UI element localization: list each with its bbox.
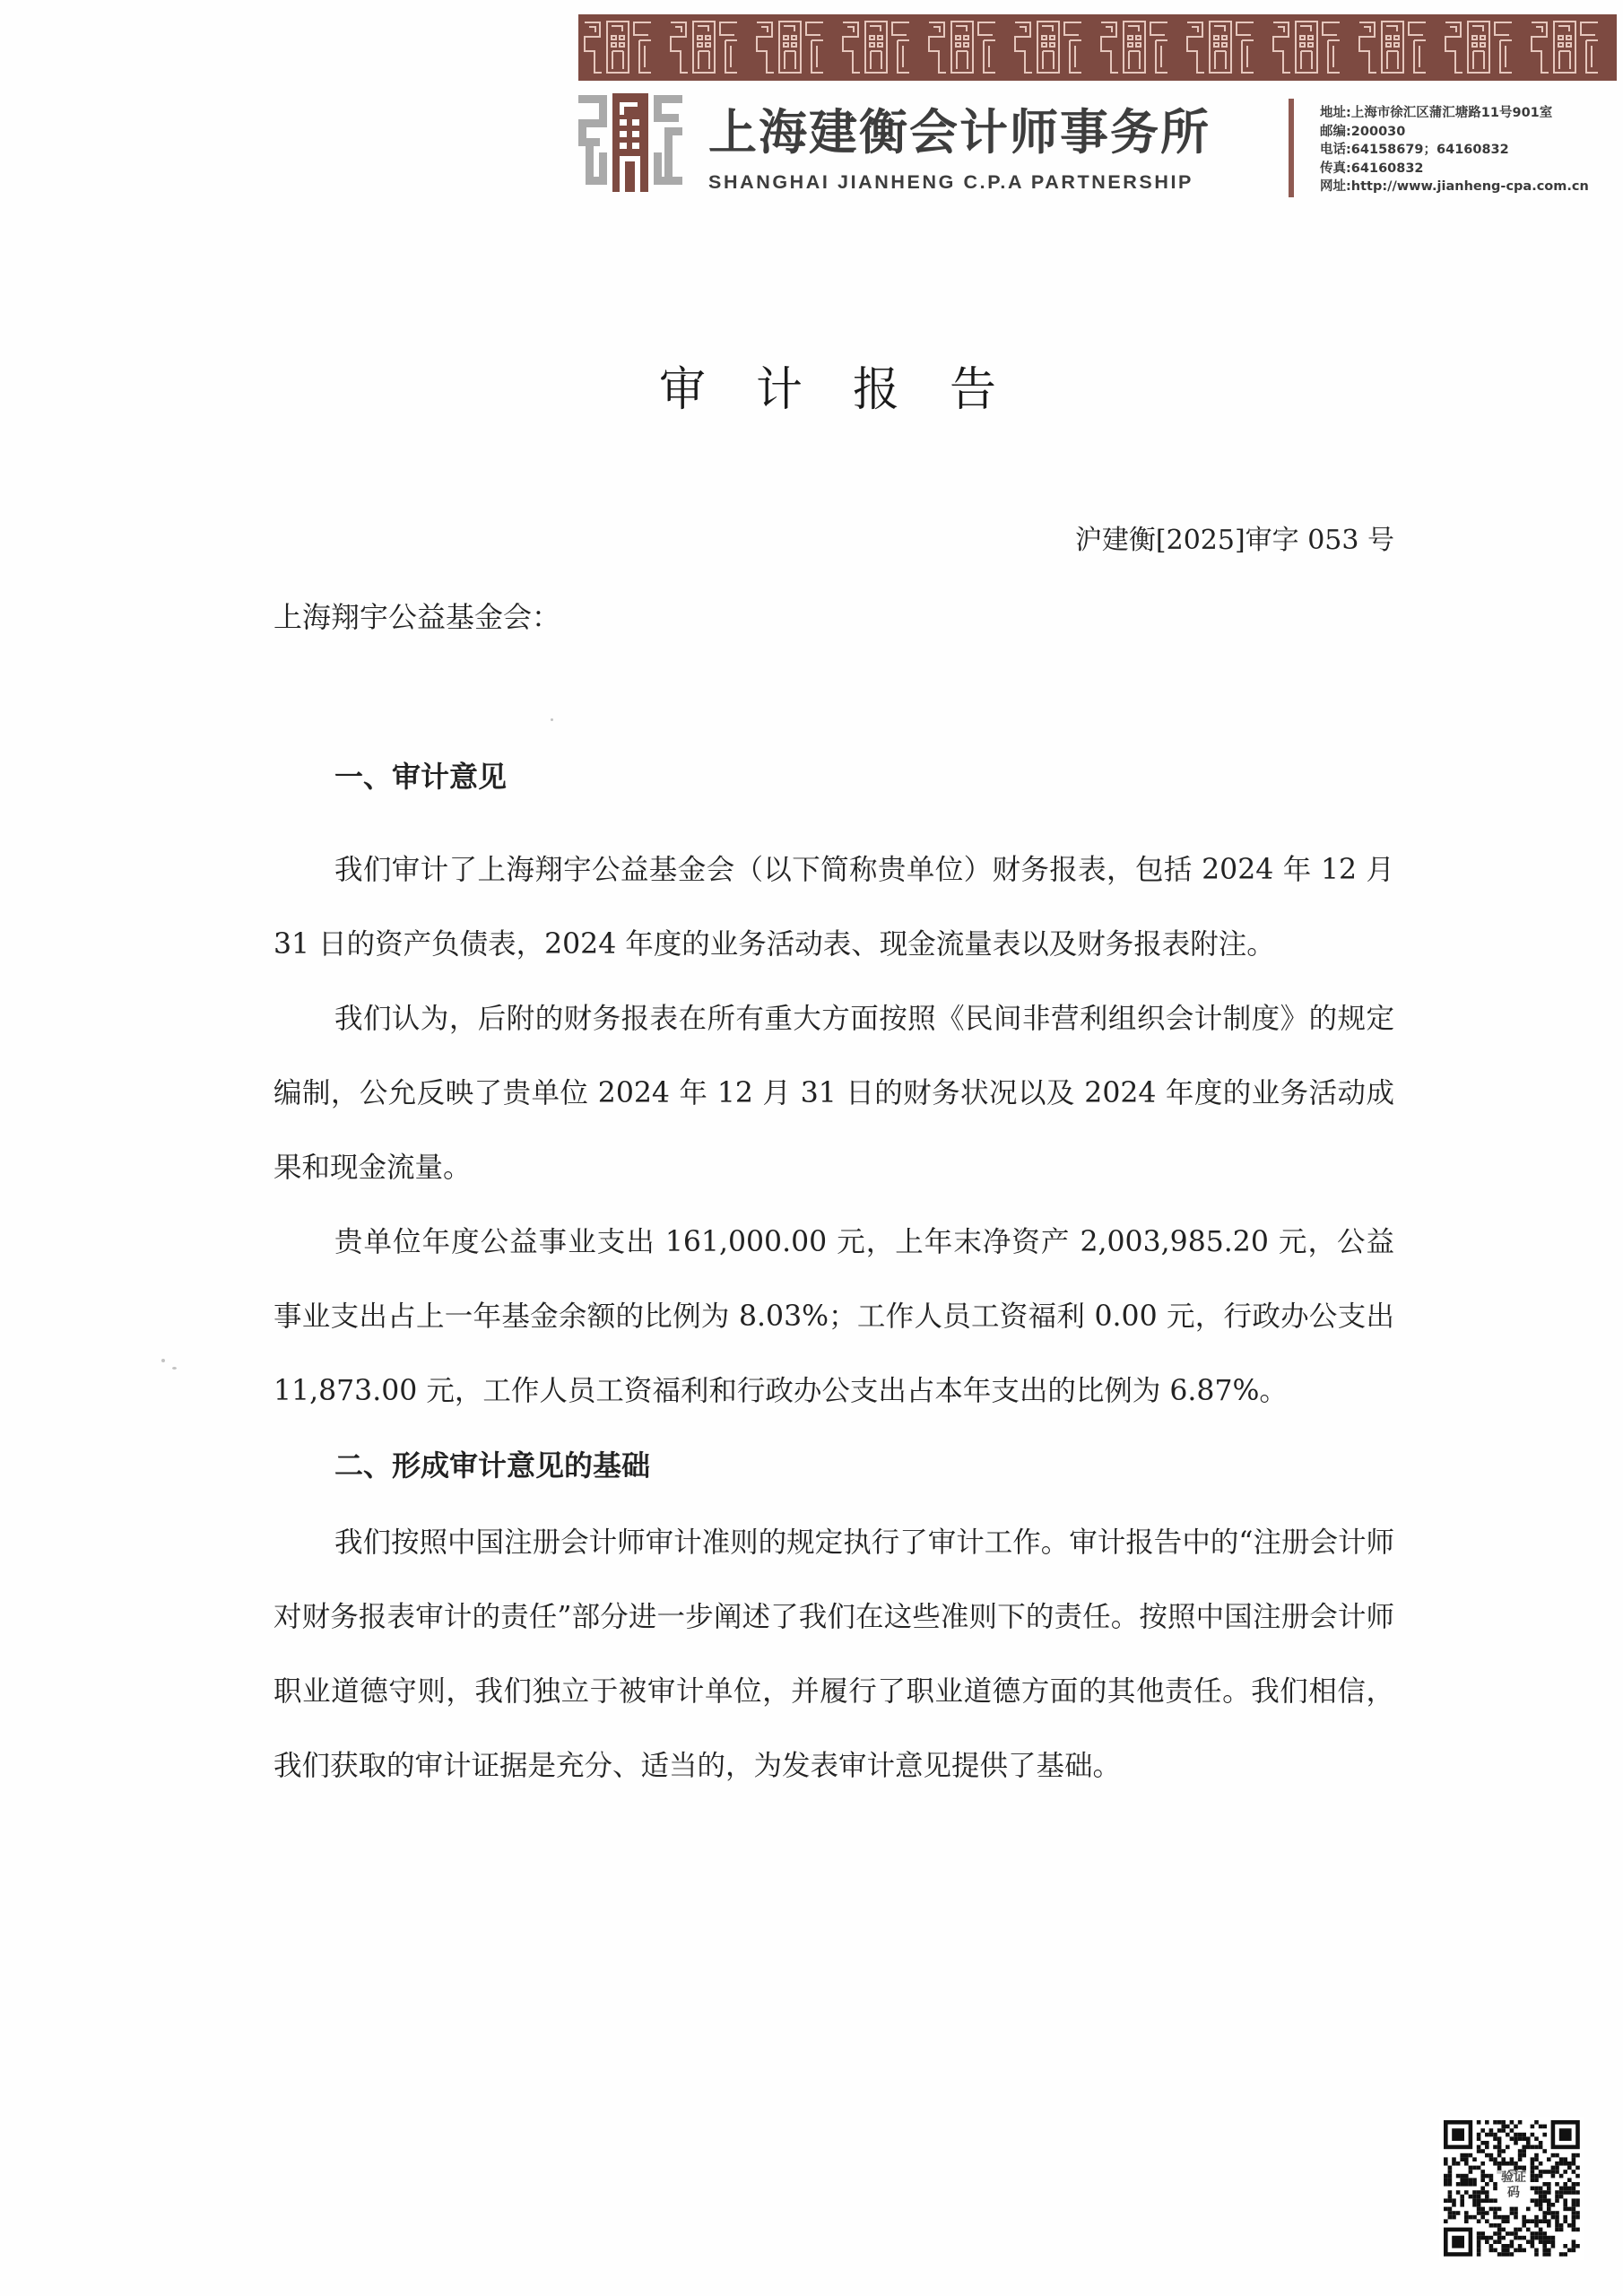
- paragraph-basis-for-opinion: 我们按照中国注册会计师审计准则的规定执行了审计工作。审计报告中的“注册会计师对财…: [273, 1506, 1394, 1804]
- scan-artifact: [172, 1367, 177, 1370]
- scan-artifact: [161, 1359, 165, 1362]
- heng-seal-pattern-icon: [1098, 19, 1170, 76]
- heng-seal-pattern-icon: [926, 19, 998, 76]
- audit-report-page: 上海建衡会计师事务所 SHANGHAI JIANHENG C.P.A PARTN…: [0, 0, 1623, 2296]
- heng-seal-pattern-icon: [1529, 19, 1601, 76]
- heng-seal-pattern-icon: [582, 19, 654, 76]
- contact-info: 地址:上海市徐汇区蒲汇塘路11号901室 邮编:200030 电话:641586…: [1320, 104, 1589, 196]
- heng-seal-pattern-icon: [1443, 19, 1515, 76]
- paragraph-opinion-statement: 我们认为，后附的财务报表在所有重大方面按照《民间非营利组织会计制度》的规定编制，…: [273, 982, 1394, 1205]
- paragraph-audit-scope: 我们审计了上海翔宇公益基金会（以下简称贵单位）财务报表，包括 2024 年 12…: [273, 833, 1394, 982]
- heng-seal-pattern-icon: [668, 19, 740, 76]
- contact-postcode: 邮编:200030: [1320, 123, 1589, 142]
- qr-verification-label: 验证码: [1497, 2170, 1530, 2201]
- heng-seal-pattern-icon: [1357, 19, 1428, 76]
- heng-seal-pattern-icon: [1271, 19, 1342, 76]
- paragraph-expenditure-figures: 贵单位年度公益事业支出 161,000.00 元，上年末净资产 2,003,98…: [273, 1205, 1394, 1429]
- reference-number: 沪建衡[2025]审字 053 号: [1075, 525, 1394, 557]
- addressee: 上海翔宇公益基金会：: [273, 599, 560, 635]
- heng-seal-pattern-icon: [754, 19, 826, 76]
- document-title: 审计报告: [659, 363, 1046, 417]
- letterhead-divider: [1289, 99, 1294, 197]
- firm-name-english: SHANGHAI JIANHENG C.P.A PARTNERSHIP: [708, 170, 1193, 194]
- firm-name-chinese: 上海建衡会计师事务所: [708, 106, 1211, 160]
- scan-artifact: [551, 718, 553, 721]
- contact-phone: 电话:64158679；64160832: [1320, 141, 1589, 160]
- heng-seal-pattern-icon: [1012, 19, 1084, 76]
- report-content: 一、审计意见 我们审计了上海翔宇公益基金会（以下简称贵单位）财务报表，包括 20…: [273, 758, 1394, 1804]
- contact-address: 地址:上海市徐汇区蒲汇塘路11号901室: [1320, 104, 1589, 123]
- heng-seal-pattern-icon: [1185, 19, 1256, 76]
- heng-seal-logo-icon: [578, 90, 684, 196]
- section-heading-audit-opinion: 一、审计意见: [273, 758, 1394, 796]
- letterhead-banner: [578, 14, 1617, 81]
- section-heading-basis-for-opinion: 二、形成审计意见的基础: [273, 1447, 1394, 1484]
- contact-fax: 传真:64160832: [1320, 160, 1589, 178]
- contact-website: 网址:http://www.jianheng-cpa.com.cn: [1320, 178, 1589, 196]
- heng-seal-pattern-icon: [840, 19, 912, 76]
